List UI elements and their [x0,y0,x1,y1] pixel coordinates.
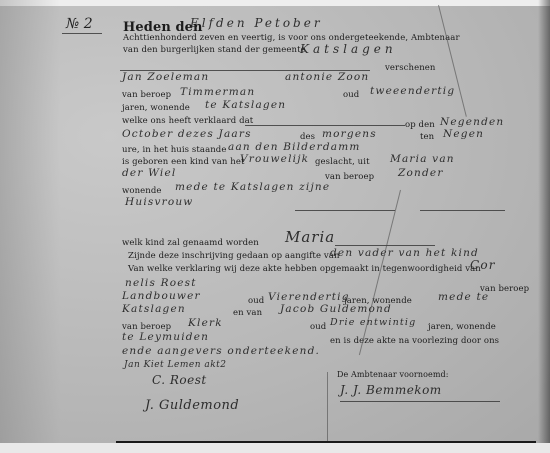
hand-declarant-name: Jan Zoeleman [122,71,209,83]
hand-declarant-residence: te Katslagen [205,99,286,111]
rule-line-4 [420,210,505,211]
printed-ten: ten [420,132,434,142]
printed-na-voorlezing: en is deze akte na voorlezing door ons [330,336,499,346]
hand-child-name: Maria [285,228,335,246]
printed-verschenen: verschenen [385,63,436,73]
printed-ambtenaar-footer: De Ambtenaar voornoemd: [337,370,449,379]
printed-van-welke: Van welke verklaring wij deze akte hebbe… [128,264,481,274]
hand-birth-day: Negenden [440,116,504,128]
printed-oud-2: oud [248,296,264,306]
hand-witness2-occupation: Klerk [188,317,223,329]
hand-birth-month: October dezes Jaars [122,128,252,140]
printed-geslacht-uit: geslacht, uit [315,157,370,167]
hand-witness1-age: Vierendertig [268,291,350,303]
hand-declarant-name-2: antonie Zoon [285,71,369,83]
printed-jaren-wonende-1: jaren, wonende [122,103,190,113]
hand-witness1-residence: mede te [438,291,489,303]
scanned-document: № 2 Heden den Elfden Petober Achttienhon… [0,0,550,453]
printed-en-van: en van [233,308,262,318]
hand-witness1-name-2: nelis Roest [125,277,197,289]
printed-oud-1: oud [343,90,359,100]
rule-line-3 [295,210,395,211]
hand-witness1-residence-2: Katslagen [122,303,186,315]
hand-declarant-age: tweeendertig [370,85,455,97]
scan-shadow-left [0,0,60,453]
signature-divider [327,372,328,442]
record-number: № 2 [66,16,93,32]
printed-year-line: Achttienhonderd zeven en veertig, is voo… [123,33,460,43]
signature-witness2: J. Guldemond [145,398,239,413]
hand-date: Elfden Petober [190,16,323,30]
scan-shadow-right [538,0,550,453]
number-underline [62,33,102,34]
hand-mother-relation: Huisvrouw [125,196,194,208]
printed-van-beroep-1: van beroep [122,90,171,100]
printed-is-geboren: is geboren een kind van het [122,157,244,167]
printed-oud-3: oud [310,322,326,332]
hand-time-of-day: morgens [322,128,377,140]
hand-witness1-name-1: Cor [470,258,496,272]
printed-municipality-label: van den burgerlijken stand der gemeente [123,45,306,55]
hand-declarant-occupation: Timmerman [180,86,255,98]
hand-mother-name: Maria van [390,153,455,165]
scan-bottom-margin [0,443,550,453]
hand-closing: ende aangevers onderteekend. [122,345,320,357]
printed-zijnde: Zijnde deze inschrijving gedaan op aangi… [128,251,340,261]
hand-mother-name-2: der Wiel [122,167,176,179]
printed-op-den: op den [405,120,435,130]
hand-municipality: Katslagen [300,42,397,56]
hand-informant: den vader van het kind [330,247,479,259]
hand-witness2-name: Jacob Guldemond [280,303,392,315]
signature-official: J. J. Bemmekom [340,383,442,397]
hand-witness1-occupation: Landbouwer [122,290,201,302]
hand-witness2-age: Drie entwintig [330,317,416,328]
printed-van-beroep-2: van beroep [325,172,374,182]
printed-welke-ons: welke ons heeft verklaard dat [122,116,253,126]
scan-top-margin [0,0,550,6]
hand-house-location: aan den Bilderdamm [228,141,361,153]
scratch-line [438,5,467,117]
printed-jaren-wonende-3: jaren, wonende [428,322,496,332]
official-signature-underline [340,401,500,402]
hand-sex: Vrouwelijk [240,153,309,165]
hand-mother-residence: mede te Katslagen zijne [175,181,330,193]
printed-welk-kind: welk kind zal genaamd worden [122,238,259,248]
rule-line-2 [245,125,405,126]
hand-witness2-residence: te Leymuiden [122,331,209,343]
printed-wonende-2: wonende [122,186,162,196]
printed-ure-huis: ure, in het huis staande [122,145,226,155]
signature-witness1: C. Roest [152,373,207,387]
hand-mother-occupation: Zonder [398,167,444,179]
hand-margin-note: Jan Kiet Lemen akt2 [124,360,227,370]
hand-hour: Negen [443,128,484,140]
